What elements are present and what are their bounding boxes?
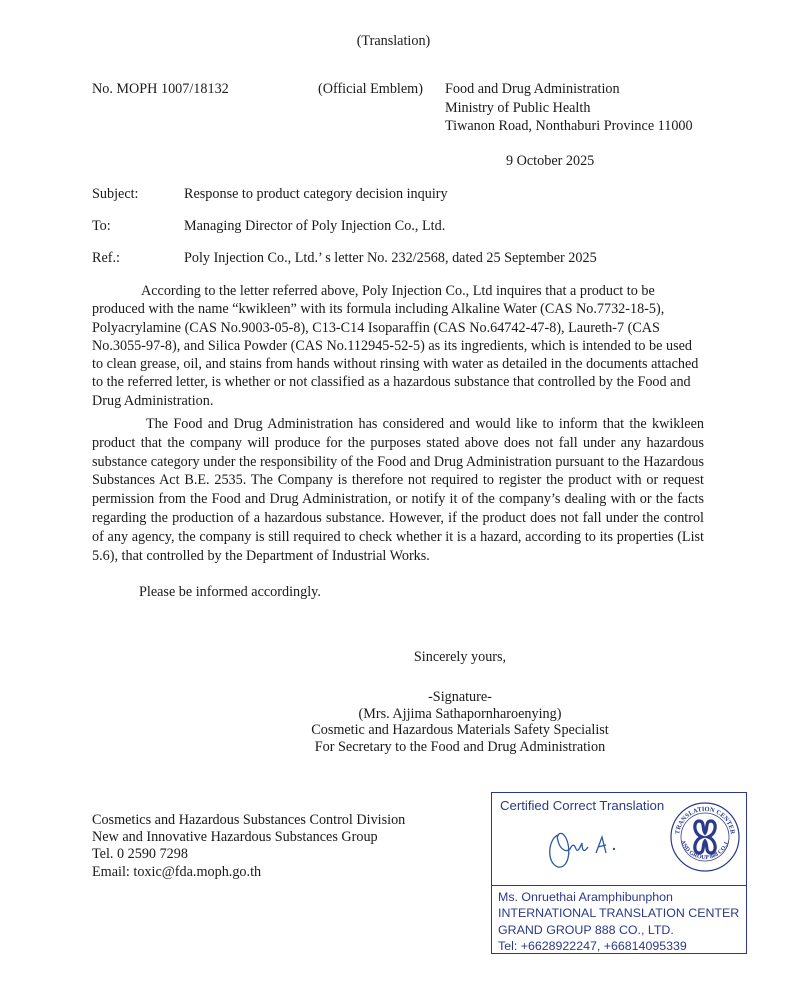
signoff: Sincerely yours, (280, 648, 640, 666)
signatory-on-behalf: For Secretary to the Food and Drug Admin… (240, 739, 680, 756)
signature-block: -Signature- (Mrs. Ajjima Sathapornharoen… (240, 689, 680, 755)
certified-translation-stamp: Certified Correct Translation TRANSLATIO… (491, 792, 747, 954)
contact-block: Cosmetics and Hazardous Substances Contr… (92, 812, 405, 881)
agency-address: Food and Drug Administration Ministry of… (445, 80, 693, 136)
translation-tel: Tel: +6628922247, +66814095339 (498, 938, 739, 954)
letter-date: 9 October 2025 (506, 152, 594, 170)
subject-label: Subject: (92, 185, 184, 203)
translator-name: Ms. Onruethai Aramphibunphon (498, 889, 739, 905)
signature-placeholder: -Signature- (240, 689, 680, 706)
subject-value: Response to product category decision in… (184, 186, 448, 202)
closing-note: Please be informed accordingly. (139, 583, 321, 601)
contact-group: New and Innovative Hazardous Substances … (92, 829, 405, 846)
signatory-title: Cosmetic and Hazardous Materials Safety … (240, 722, 680, 739)
cert-title: Certified Correct Translation (500, 798, 664, 813)
contact-division: Cosmetics and Hazardous Substances Contr… (92, 812, 405, 829)
ref-value: Poly Injection Co., Ltd.’ s letter No. 2… (184, 250, 597, 266)
agency-name: Food and Drug Administration (445, 80, 693, 99)
agency-street: Tiwanon Road, Nonthaburi Province 11000 (445, 117, 693, 136)
body-paragraph-1: According to the letter referred above, … (92, 282, 704, 410)
to-value: Managing Director of Poly Injection Co.,… (184, 218, 445, 234)
to-label: To: (92, 217, 184, 235)
document-number: No. MOPH 1007/18132 (92, 80, 229, 98)
translation-center-seal-icon: TRANSLATION CENTER GRAND GROUP 888 CO.,L… (669, 801, 741, 873)
agency-ministry: Ministry of Public Health (445, 99, 693, 118)
contact-tel: Tel. 0 2590 7298 (92, 846, 405, 863)
translation-company-2: GRAND GROUP 888 CO., LTD. (498, 922, 739, 938)
cert-details: Ms. Onruethai Aramphibunphon INTERNATION… (498, 889, 739, 954)
body-paragraph-2: The Food and Drug Administration has con… (92, 415, 704, 565)
ref-label: Ref.: (92, 249, 184, 267)
official-emblem-label: (Official Emblem) (318, 80, 423, 98)
contact-email[interactable]: Email: toxic@fda.moph.go.th (92, 864, 405, 881)
to-row: To:Managing Director of Poly Injection C… (92, 217, 712, 235)
handwritten-signature-icon (544, 823, 634, 873)
subject-row: Subject:Response to product category dec… (92, 185, 712, 203)
ref-row: Ref.:Poly Injection Co., Ltd.’ s letter … (92, 249, 712, 267)
signatory-name: (Mrs. Ajjima Sathapornharoenying) (240, 706, 680, 723)
translation-company-1: INTERNATIONAL TRANSLATION CENTER (498, 905, 739, 921)
cert-divider (492, 885, 746, 886)
translation-label: (Translation) (0, 32, 787, 50)
